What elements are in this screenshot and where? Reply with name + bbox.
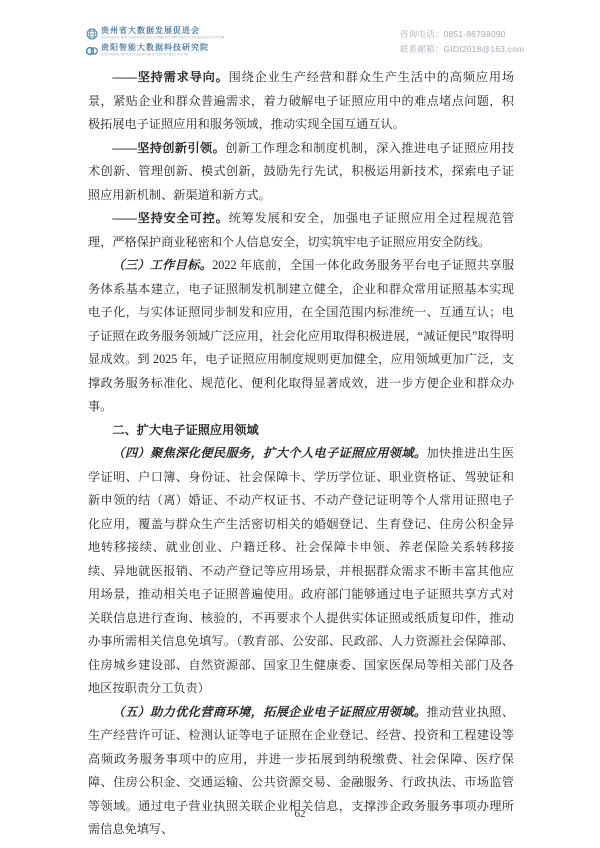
- paragraph-lead: （四）聚焦深化便民服务，扩大个人电子证照应用领域。: [112, 446, 426, 460]
- paragraph-lead: （三）工作目标。: [112, 258, 212, 272]
- logo-group: 贵州省大数据发展促进会 GUIZHOU BIG DATA DEVELOPMENT…: [86, 26, 238, 60]
- logo-association: 贵州省大数据发展促进会 GUIZHOU BIG DATA DEVELOPMENT…: [86, 26, 238, 40]
- email-label: 联系邮箱：: [400, 44, 444, 54]
- section-heading: 二、扩大电子证照应用领域: [88, 419, 514, 443]
- globe-icon: [86, 27, 98, 39]
- paragraph-lead: （五）助力优化营商环境，拓展企业电子证照应用领域。: [112, 705, 426, 719]
- logo-institute: 贵阳智能大数据科技研究院 GUIYANG INTELLIGENT BIG DAT…: [86, 43, 238, 57]
- contact-email-row: 联系邮箱：GIDI2018@163.com: [400, 42, 524, 57]
- contact-info: 咨询电话：0851-86798090 联系邮箱：GIDI2018@163.com: [400, 27, 524, 57]
- paragraph-lead: ——坚持创新引领。: [112, 141, 225, 155]
- logo-institute-text: 贵阳智能大数据科技研究院 GUIYANG INTELLIGENT BIG DAT…: [101, 43, 209, 57]
- paragraph-principle-security: ——坚持安全可控。统筹发展和安全，加强电子证照应用全过程规范管理，严格保护商业秘…: [88, 207, 514, 254]
- logo-institute-subtitle: GUIYANG INTELLIGENT BIG DATA INSTITUTE: [101, 52, 198, 57]
- logo-association-subtitle: GUIZHOU BIG DATA DEVELOPMENT PROMOTION A…: [101, 35, 225, 40]
- document-body: ——坚持需求导向。围绕企业生产经营和群众生产生活中的高频应用场景，紧贴企业和群众…: [88, 66, 514, 842]
- email-address: GIDI2018@163.com: [444, 44, 525, 54]
- phone-number: 0851-86798090: [444, 29, 506, 39]
- paragraph-principle-innovation: ——坚持创新引领。创新工作理念和制度机制，深入推进电子证照应用技术创新、管理创新…: [88, 137, 514, 208]
- paragraph-lead: ——坚持需求导向。: [112, 70, 228, 84]
- paragraph-enterprise-licenses: （五）助力优化营商环境，拓展企业电子证照应用领域。推动营业执照、生产经营许可证、…: [88, 701, 514, 842]
- logo-association-title: 贵州省大数据发展促进会: [101, 26, 238, 35]
- paragraph-text: 2022 年底前，全国一体化政务服务平台电子证照共享服务体系基本建立，电子证照制…: [88, 258, 514, 413]
- document-page: 贵州省大数据发展促进会 GUIZHOU BIG DATA DEVELOPMENT…: [0, 0, 600, 848]
- paragraph-lead: ——坚持安全可控。: [112, 211, 228, 225]
- logo-association-text: 贵州省大数据发展促进会 GUIZHOU BIG DATA DEVELOPMENT…: [101, 26, 238, 40]
- logo-institute-title: 贵阳智能大数据科技研究院: [101, 43, 209, 52]
- contact-phone-row: 咨询电话：0851-86798090: [400, 27, 524, 42]
- phone-label: 咨询电话：: [400, 29, 444, 39]
- paragraph-work-goals: （三）工作目标。2022 年底前，全国一体化政务服务平台电子证照共享服务体系基本…: [88, 254, 514, 419]
- rings-icon: [86, 44, 98, 56]
- paragraph-text: 加快推进出生医学证明、户口簿、身份证、社会保障卡、学历学位证、职业资格证、驾驶证…: [88, 446, 514, 695]
- paragraph-principle-demand: ——坚持需求导向。围绕企业生产经营和群众生产生活中的高频应用场景，紧贴企业和群众…: [88, 66, 514, 137]
- page-number: 62: [0, 808, 600, 820]
- paragraph-personal-licenses: （四）聚焦深化便民服务，扩大个人电子证照应用领域。加快推进出生医学证明、户口簿、…: [88, 442, 514, 701]
- letterhead: 贵州省大数据发展促进会 GUIZHOU BIG DATA DEVELOPMENT…: [0, 0, 600, 70]
